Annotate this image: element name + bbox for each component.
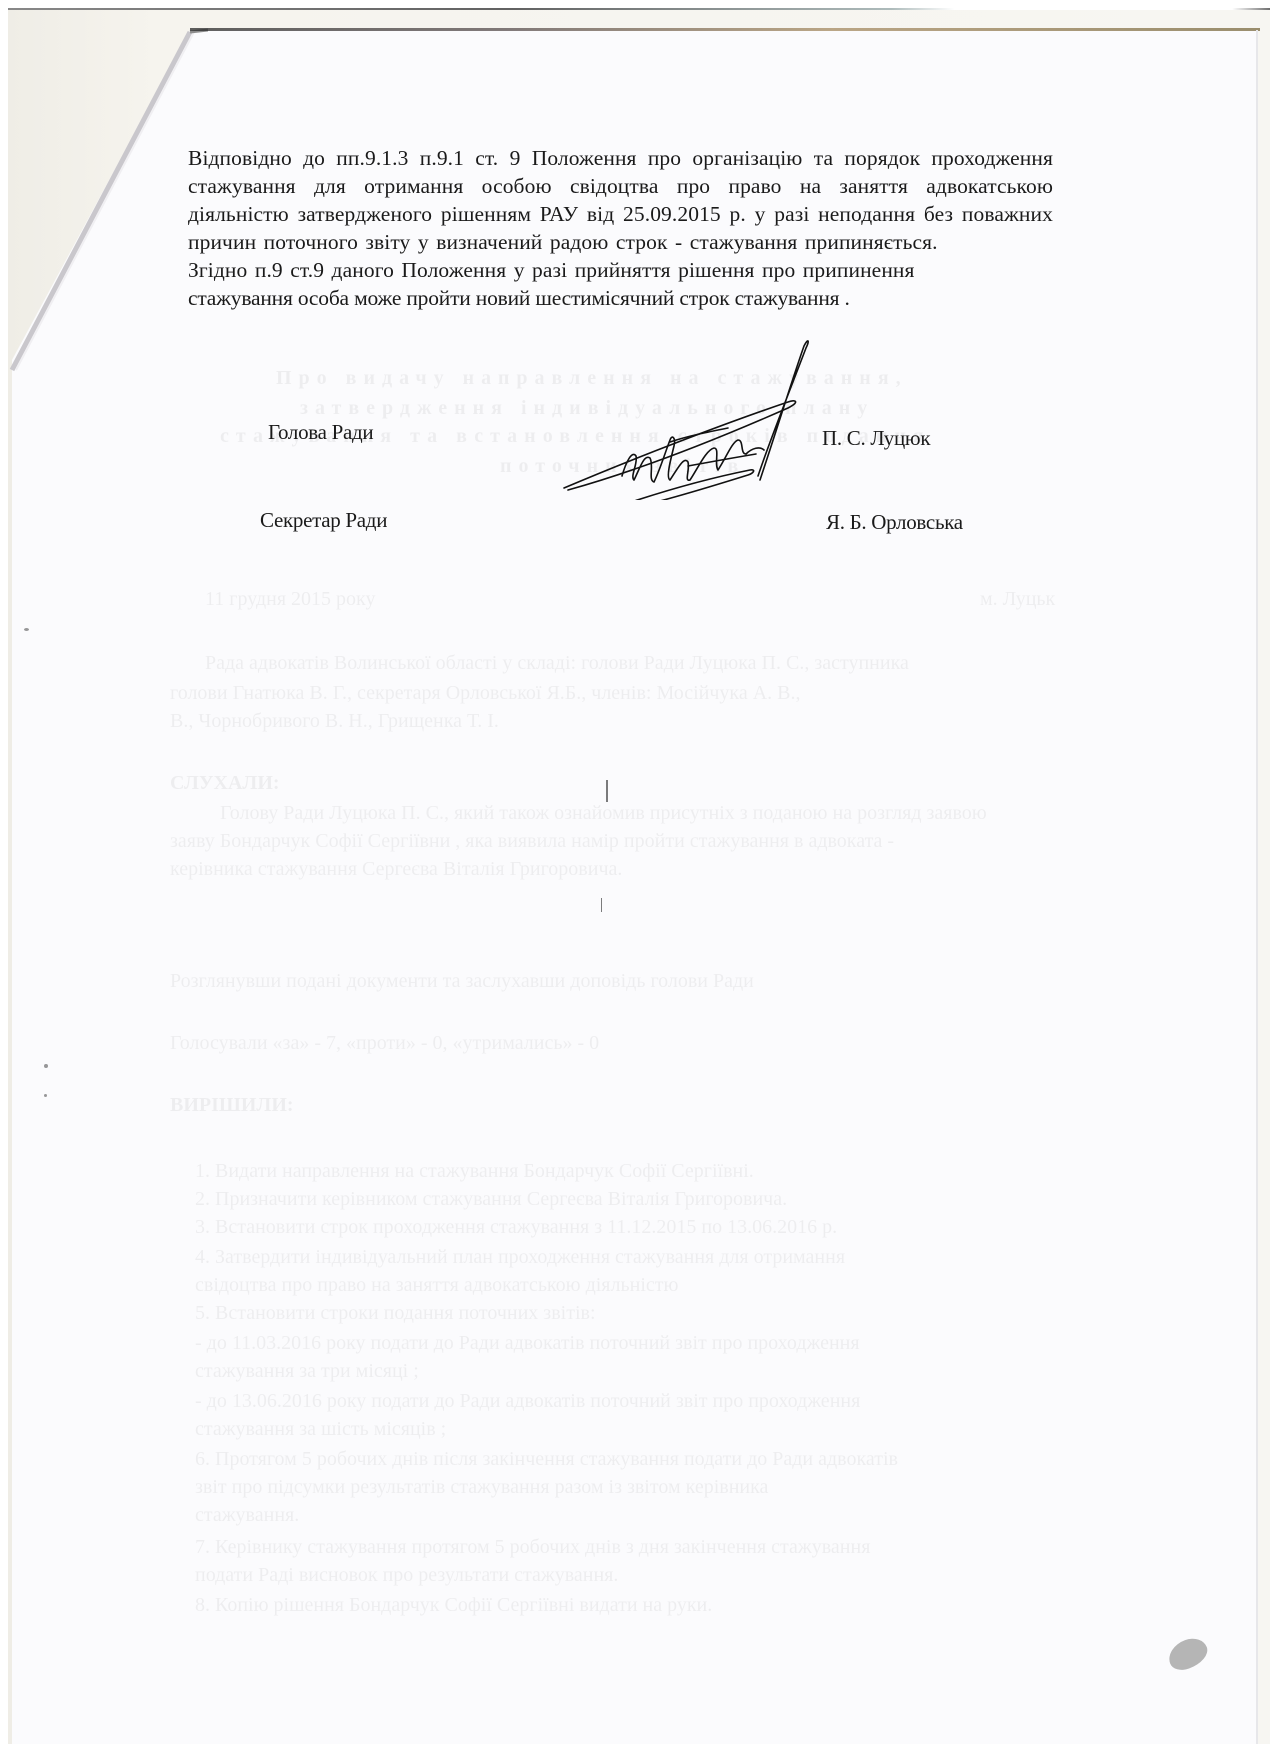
bleed-line: 4. Затвердити індивідуальний план проход…	[195, 1244, 845, 1270]
scan-artifact	[601, 898, 602, 912]
bleed-line: 8. Копію рішення Бондарчук Софії Сергіїв…	[195, 1592, 712, 1618]
scan-artifact	[606, 780, 608, 802]
bleed-line: звіт про підсумки результатів стажування…	[195, 1474, 768, 1500]
bleed-line: 11 грудня 2015 року	[205, 586, 375, 612]
paragraph-restart-line-2: стажування особа може пройти новий шести…	[188, 284, 1053, 312]
chairman-name: П. С. Луцюк	[822, 426, 930, 451]
bleed-line: Голосували «за» - 7, «проти» - 0, «утрим…	[170, 1030, 599, 1056]
handwritten-signature-icon	[520, 330, 820, 500]
bleed-line: голови Гнатюка В. Г., секретаря Орловськ…	[170, 680, 801, 706]
bleed-line: Розглянувши подані документи та заслухав…	[170, 968, 754, 994]
bleed-line: - до 13.06.2016 року подати до Ради адво…	[195, 1388, 860, 1414]
bleed-line: Голову Ради Луцюка П. С., який також озн…	[220, 800, 987, 826]
sheet-right-edge	[1256, 30, 1258, 1744]
paragraph-restart-line-1: Згідно п.9 ст.9 даного Положення у разі …	[188, 258, 915, 282]
bleed-line: Рада адвокатів Волинської області у скла…	[205, 650, 909, 676]
bleed-line: м. Луцьк	[980, 586, 1055, 612]
bleed-line: заяву Бондарчук Софії Сергіївни , яка ви…	[170, 828, 894, 854]
bleed-line: керівника стажування Сергеєва Віталія Гр…	[170, 856, 622, 882]
paragraph-termination-rule: Відповідно до пп.9.1.3 п.9.1 ст. 9 Полож…	[188, 144, 1053, 256]
bleed-line: В., Чорнобривого В. Н., Грищенка Т. І.	[170, 708, 499, 734]
document-body: Відповідно до пп.9.1.3 п.9.1 ст. 9 Полож…	[188, 144, 1053, 312]
chairman-title: Голова Ради	[268, 420, 373, 445]
secretary-name: Я. Б. Орловська	[826, 510, 963, 535]
bleed-line: - до 11.03.2016 року подати до Ради адво…	[195, 1330, 860, 1356]
bleed-line: 1. Видати направлення на стажування Бонд…	[195, 1158, 754, 1184]
bleed-line: подати Раді висновок про результати стаж…	[195, 1562, 618, 1588]
bleed-line: стажування.	[195, 1502, 299, 1528]
secretary-title: Секретар Ради	[260, 508, 387, 533]
bleed-line: стажування за шість місяців ;	[195, 1416, 446, 1442]
bleed-line: ВИРІШИЛИ:	[170, 1092, 294, 1118]
paragraph-restart-rule: Згідно п.9 ст.9 даного Положення у разі …	[188, 256, 1053, 312]
bleed-line: стажування за три місяці ;	[195, 1358, 419, 1384]
bleed-line: 5. Встановити строки подання поточних зв…	[195, 1300, 596, 1326]
scan-artifact	[44, 1064, 48, 1068]
scan-artifact	[44, 1094, 47, 1097]
bleed-line: свідоцтва про право на заняття адвокатсь…	[195, 1272, 678, 1298]
scan-artifact	[24, 628, 29, 631]
bleed-line: СЛУХАЛИ:	[170, 770, 280, 796]
bleed-line: 6. Протягом 5 робочих днів після закінче…	[195, 1446, 898, 1472]
bleed-line: 3. Встановити строк проходження стажуван…	[195, 1214, 837, 1240]
bleed-line: 7. Керівнику стажування протягом 5 робоч…	[195, 1534, 870, 1560]
sheet-top-edge	[190, 28, 1260, 31]
bleed-line: 2. Призначити керівником стажування Серг…	[195, 1186, 787, 1212]
